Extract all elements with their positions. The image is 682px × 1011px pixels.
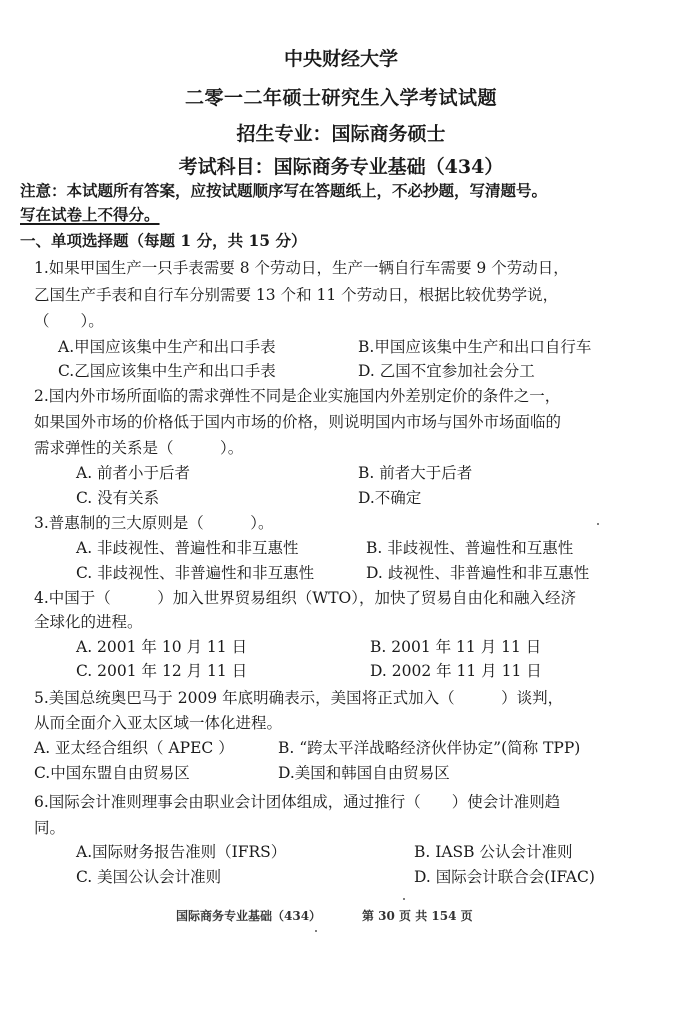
question-6-option-a: A.国际财务报告准则（IFRS） <box>76 842 286 862</box>
question-1-option-c: C.乙国应该集中生产和出口手表 <box>58 361 276 381</box>
question-3-option-a: A. 非歧视性、普遍性和非互惠性 <box>76 538 299 558</box>
question-6-option-d: D. 国际会计联合会(IFAC) <box>414 867 595 887</box>
question-4-option-c: C. 2001 年 12 月 11 日 <box>76 661 247 681</box>
question-6-line-2: 同。 <box>34 818 65 838</box>
question-5-line-1: 5.美国总统奥巴马于 2009 年底明确表示，美国将正式加入（ ）谈判， <box>34 688 563 708</box>
question-2-option-a: A. 前者小于后者 <box>76 463 190 483</box>
question-2-option-c: C. 没有关系 <box>76 488 159 508</box>
question-5-option-b: B. “跨太平洋战略经济伙伴协定”(简称 TPP) <box>278 738 580 758</box>
notice-line-1: 注意：本试题所有答案，应按试题顺序写在答题纸上，不必抄题，写清题号。 <box>20 181 547 201</box>
exam-page: 中央财经大学 二零一二年硕士研究生入学考试试题 招生专业：国际商务硕士 考试科目… <box>0 0 682 1011</box>
question-2-line-2: 如果国外市场的价格低于国内市场的价格，则说明国内市场与国外市场面临的 <box>34 412 561 432</box>
major-label: 招生专业：国际商务硕士 <box>0 119 682 146</box>
question-2-option-b: B. 前者大于后者 <box>358 463 472 483</box>
notice-line-2: 写在试卷上不得分。 <box>20 205 160 225</box>
question-4-line-2: 全球化的进程。 <box>34 612 143 632</box>
question-2-line-3: 需求弹性的关系是（ ）。 <box>34 438 243 458</box>
question-4-option-a: A. 2001 年 10 月 11 日 <box>76 637 247 657</box>
question-2-option-d: D.不确定 <box>358 488 421 508</box>
question-5-option-d: D.美国和韩国自由贸易区 <box>278 763 450 783</box>
question-1-line-1: 1.如果甲国生产一只手表需要 8 个劳动日，生产一辆自行车需要 9 个劳动日， <box>34 258 569 278</box>
question-5-option-c: C.中国东盟自由贸易区 <box>34 763 190 783</box>
question-4-option-b: B. 2001 年 11 月 11 日 <box>370 637 541 657</box>
question-4-line-1: 4.中国于（ ）加入世界贸易组织（WTO），加快了贸易自由化和融入经济 <box>34 588 576 608</box>
question-1-line-3: （ ）。 <box>34 311 104 331</box>
section-title: 一、单项选择题（每题 1 分，共 15 分） <box>20 231 306 251</box>
question-1-option-a: A.甲国应该集中生产和出口手表 <box>58 337 276 357</box>
question-1-line-2: 乙国生产手表和自行车分别需要 13 个和 11 个劳动日，根据比较优势学说， <box>34 285 558 305</box>
footer-subject: 国际商务专业基础（434） <box>176 907 321 924</box>
question-4-option-d: D. 2002 年 11 月 11 日 <box>370 661 542 681</box>
question-2-line-1: 2.国内外市场所面临的需求弹性不同是企业实施国内外差别定价的条件之一， <box>34 386 560 406</box>
question-5-line-2: 从而全面介入亚太区域一体化进程。 <box>34 713 282 733</box>
question-6-option-b: B. IASB 公认会计准则 <box>414 842 573 862</box>
question-6-line-1: 6.国际会计准则理事会由职业会计团体组成，通过推行（ ）使会计准则趋 <box>34 792 560 812</box>
footer-page-info: 第 30 页 共 154 页 <box>362 907 473 924</box>
scan-speck <box>597 523 599 525</box>
question-3-option-d: D. 歧视性、非普遍性和非互惠性 <box>366 563 589 583</box>
question-6-option-c: C. 美国公认会计准则 <box>76 867 221 887</box>
question-1-option-b: B.甲国应该集中生产和出口自行车 <box>358 337 591 357</box>
subject-label: 考试科目：国际商务专业基础（434） <box>0 152 682 179</box>
university-title: 中央财经大学 <box>0 44 682 71</box>
question-3-option-c: C. 非歧视性、非普遍性和非互惠性 <box>76 563 314 583</box>
question-5-option-a: A. 亚太经合组织（ APEC ） <box>34 738 234 758</box>
question-1-option-d: D. 乙国不宜参加社会分工 <box>358 361 535 381</box>
exam-title: 二零一二年硕士研究生入学考试试题 <box>0 83 682 110</box>
question-3-line-1: 3.普惠制的三大原则是（ ）。 <box>34 513 274 533</box>
scan-speck <box>315 930 317 932</box>
question-3-option-b: B. 非歧视性、普遍性和互惠性 <box>366 538 573 558</box>
scan-speck <box>403 898 405 900</box>
